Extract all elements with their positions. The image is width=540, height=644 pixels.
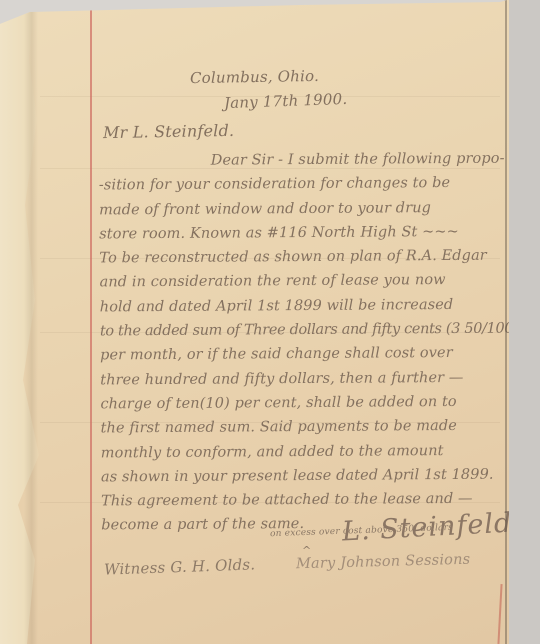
letter-line: the first named sum. Said payments to be… [101,414,511,441]
letter-line: made of front window and door to your dr… [99,195,509,222]
date-line: Jany 17th 1900. [224,90,348,112]
letter-line: -sition for your consideration for chang… [99,171,509,198]
red-margin-rule [90,8,92,644]
letter-line: and in consideration the rent of lease y… [99,268,509,295]
letter-line: per month, or if the said change shall c… [100,341,510,368]
background-mat-right [504,0,540,644]
letter-line: charge of ten(10) per cent, shall be add… [100,390,510,417]
place-line: Columbus, Ohio. [190,67,319,87]
letter-line: hold and dated April 1st 1899 will be in… [100,292,510,319]
salutation-line: Mr L. Steinfeld. [103,121,235,142]
letter-line: as shown in your present lease dated Apr… [101,462,511,489]
second-sheet-margin-rule [497,584,502,644]
letter-line: To be reconstructed as shown on plan of … [99,244,509,271]
letter-line: monthly to conform, and added to the amo… [101,438,511,465]
letter-line: three hundred and fifty dollars, then a … [100,365,510,392]
letter-line: Dear Sir - I submit the following propo- [99,147,509,174]
photographed-letter: Columbus, Ohio. Jany 17th 1900. Mr L. St… [0,0,540,644]
letter-line: to the added sum of Three dollars and fi… [100,317,510,344]
letter-line: store room. Known as #116 North High St … [99,219,509,246]
letter-body: Dear Sir - I submit the following propo-… [99,147,512,539]
witness-line: Witness G. H. Olds. [104,555,256,578]
torn-edge-shadow [24,0,38,644]
signature-mary-johnson-sessions: Mary Johnson Sessions [296,552,471,573]
letter-paper: Columbus, Ohio. Jany 17th 1900. Mr L. St… [0,0,509,644]
paper-right-edge [505,0,507,644]
